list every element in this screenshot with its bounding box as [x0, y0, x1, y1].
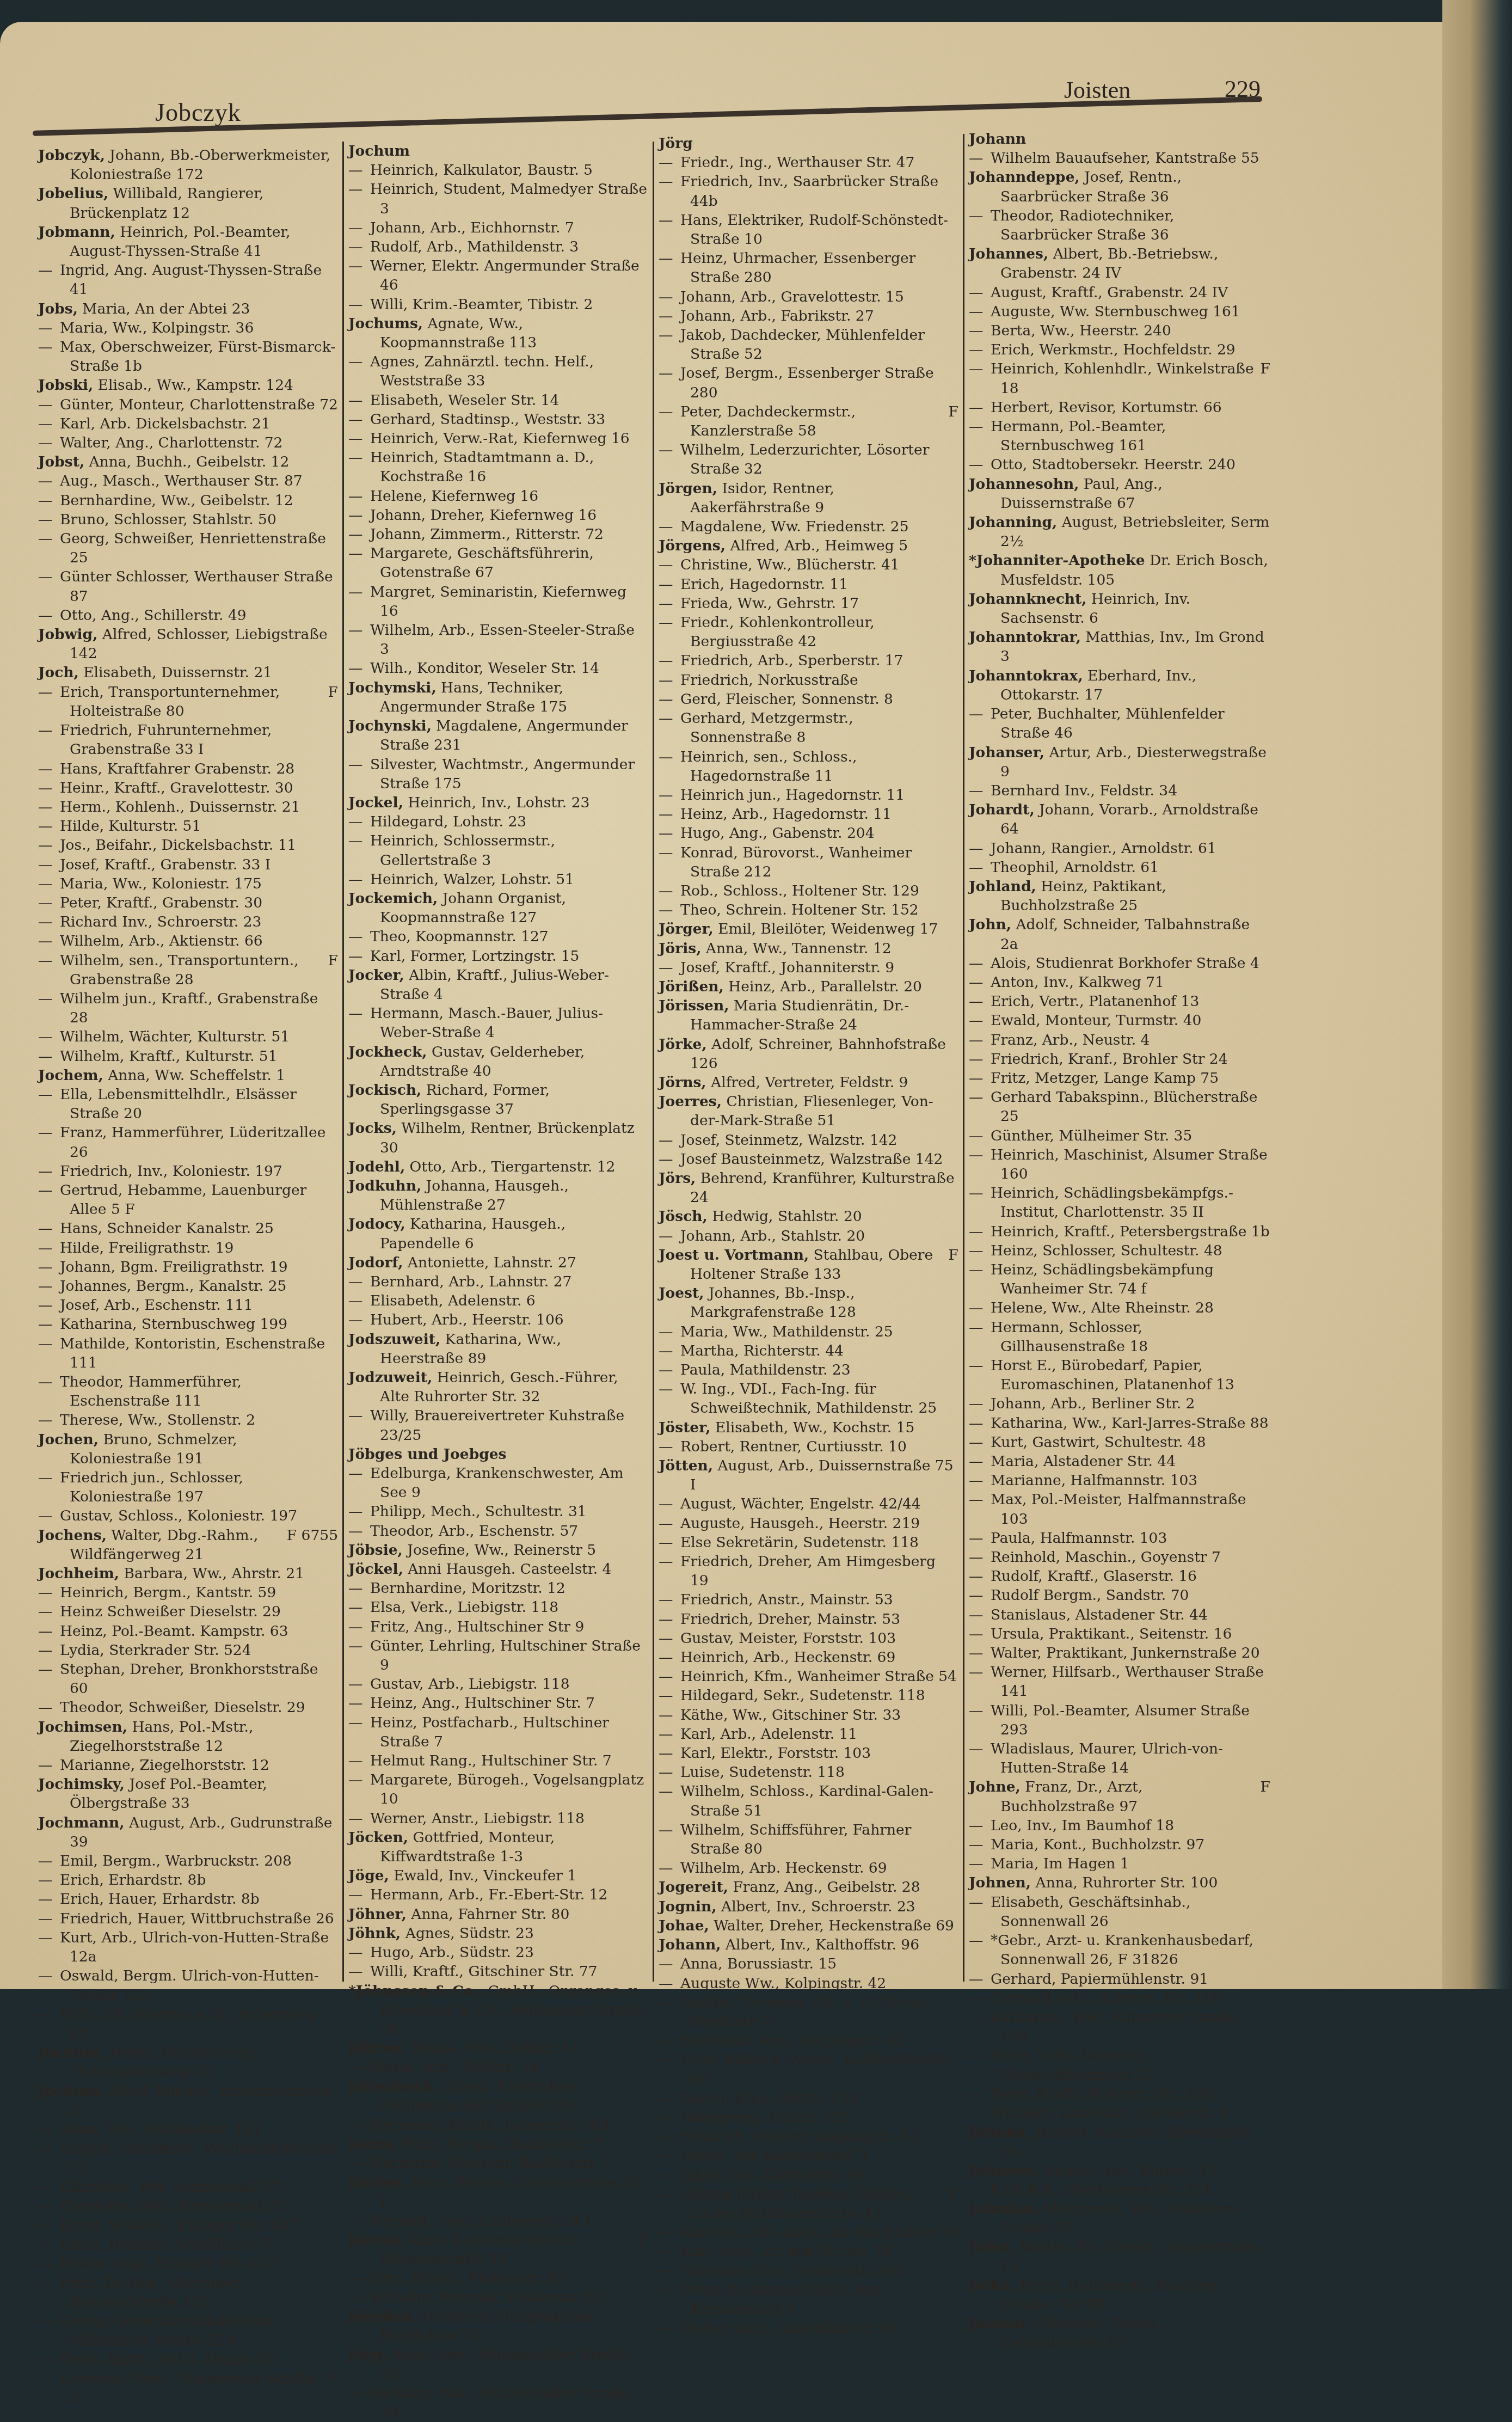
- directory-entry: Jodszuweit, Katharina, Ww., Heerstraße 8…: [348, 1330, 648, 1368]
- directory-entry: —Walter, Ang., Charlottenstr. 72: [38, 433, 338, 452]
- entry-text: Luise, Sudetenstr. 118: [680, 1764, 845, 1781]
- ditto-dash: —: [969, 1260, 991, 1279]
- directory-entry: Jodkuhn, Johanna, Hausgeh., Mühlenstraße…: [348, 1176, 648, 1215]
- ditto-dash: —: [348, 180, 370, 199]
- entry-text: Herbert, Revisor, Kortumstr. 66: [991, 399, 1222, 416]
- ditto-dash: —: [348, 1502, 370, 1521]
- ditto-dash: —: [38, 261, 60, 280]
- directory-entry: —Maria, Ww., Mathildenstr. 25: [659, 1322, 958, 1341]
- entry-text: Barbara, Ww., Ahrstr. 21: [119, 1565, 304, 1582]
- ditto-dash: —: [969, 1816, 991, 1835]
- surname: Jochem,: [38, 1067, 103, 1084]
- entry-text: Katharina, Hausgeh., Papendelle 6: [380, 1216, 566, 1252]
- entry-text: Johann, Arb., Eichhornstr. 7: [370, 219, 574, 236]
- entry-text: Rudolf Bergm., Sandstr. 70: [991, 1587, 1189, 1604]
- ditto-dash: —: [348, 525, 370, 544]
- directory-entry: —Bruno, Schlosser, Stahlstr. 50: [38, 510, 338, 529]
- entry-text: Hermann, Masch.-Bauer, Julius-Weber-Stra…: [370, 1005, 603, 1041]
- ditto-dash: —: [38, 1372, 60, 1391]
- directory-entry: —Friedrich, Norkusstraße: [659, 671, 958, 690]
- directory-entry: —Heinz, Uhrmacher, Essenberger Straße 28…: [659, 249, 958, 287]
- ditto-dash: —: [659, 364, 680, 383]
- entry-text: Therese, Ww., Stollenstr. 2: [60, 1412, 255, 1428]
- entry-text: Elisabeth, Weseler Str. 14: [370, 392, 559, 409]
- directory-entry: —Günther, Mülheimer Str. 35: [969, 1126, 1270, 1145]
- entry-text: Helene, Kiefernweg 16: [370, 488, 538, 505]
- entry-text: Heinz, Schlosser, Schultestr. 48: [991, 1242, 1222, 1259]
- entry-text: Wilhelm, Wächter, Kulturstr. 51: [60, 1028, 290, 1045]
- surname: Jodocy,: [348, 1216, 405, 1233]
- directory-entry: —Wilhelm, Wächter, Kulturstr. 51: [38, 1027, 338, 1046]
- entry-text: Hedwig, Stahlstr. 20: [708, 1208, 862, 1225]
- directory-entry: —Rudolf, Arb., Mathildenstr. 3: [348, 237, 648, 256]
- entry-text: Walter, Praktikant, Junkernstraße 20: [991, 1645, 1260, 1661]
- directory-entry: —Josef, Kraftf., Johanniterstr. 9: [659, 958, 958, 977]
- surname: Joest u. Vortmann,: [659, 1247, 809, 1264]
- entry-text: Anna, Buchh., Geibelstr. 12: [84, 453, 289, 470]
- entry-text: Otto, Stadtobersekr. Heerstr. 240: [991, 456, 1236, 473]
- entry-text: Günter, Monteur, Charlottenstraße 72: [60, 396, 338, 413]
- directory-entry: —Wilhelm, Kraftf., Kulturstr. 51: [38, 1047, 338, 1066]
- directory-entry: *Jöhnssen & Co., GmbH., Organges. v. Klo…: [348, 1982, 648, 1990]
- entry-text: Maria, Im Hagen 1: [991, 1855, 1129, 1872]
- ditto-dash: —: [38, 1123, 60, 1142]
- ditto-dash: —: [348, 1522, 370, 1541]
- surname: Jognin,: [659, 1898, 717, 1915]
- ditto-dash: —: [969, 858, 991, 877]
- surname: Jobst,: [38, 453, 84, 470]
- ditto-dash: —: [969, 1970, 991, 1989]
- ditto-dash: —: [659, 1590, 680, 1609]
- entry-text: Wilhelm, Arb. Heckenstr. 69: [680, 1860, 887, 1877]
- surname: Jörgens,: [659, 537, 726, 554]
- directory-entry: —Friedrich, Dreher, Am Himgesberg 19: [659, 1552, 958, 1590]
- directory-entry: —Bernhardine, Ww., Geibelstr. 12: [38, 491, 338, 510]
- surname: Johannes,: [969, 246, 1048, 262]
- directory-entry: Jörissen, Maria Studienrätin, Dr.-Hammac…: [659, 996, 958, 1034]
- directory-entry: —Ella, Lebensmittelhdlr., Elsässer Straß…: [38, 1085, 338, 1123]
- ditto-dash: —: [969, 1318, 991, 1337]
- ditto-dash: —: [659, 1782, 680, 1801]
- ditto-dash: —: [348, 391, 370, 410]
- entry-text: Heinrich, Verw.-Rat, Kiefernweg 16: [370, 430, 630, 447]
- directory-entry: —Johann, Arb., Gravelottestr. 15: [659, 287, 958, 306]
- surname: Jockisch,: [348, 1082, 421, 1099]
- directory-entry: —Hilde, Freiligrathstr. 19: [38, 1238, 338, 1258]
- ditto-dash: —: [38, 1411, 60, 1430]
- entry-text: Wilhelm, Arb., Aktienstr. 66: [60, 933, 263, 949]
- ditto-dash: —: [969, 1663, 991, 1682]
- directory-entry: F—Erich, Transportunternehmer, Holteistr…: [38, 683, 338, 721]
- directory-entry: —Heinz, Postfacharb., Hultschiner Straße…: [348, 1713, 648, 1751]
- surname: Johann,: [659, 1936, 721, 1953]
- ditto-dash: —: [38, 529, 60, 548]
- entry-text: Ewald, Inv., Vinckeufer 1: [389, 1867, 576, 1884]
- directory-entry: —Martha, Richterstr. 44: [659, 1341, 958, 1360]
- directory-entry: —Hermann, Pol.-Beamter, Sternbuschweg 16…: [969, 417, 1270, 455]
- directory-entry: —Heinrich, Kfm., Wanheimer Straße 54: [659, 1667, 958, 1686]
- surname: Jochheim,: [38, 1565, 119, 1582]
- ditto-dash: —: [38, 778, 60, 798]
- ditto-dash: —: [659, 287, 680, 306]
- directory-entry: —Maria, Ww., Koloniestr. 175: [38, 874, 338, 893]
- ditto-dash: —: [659, 153, 680, 172]
- directory-entry: Jochymski, Hans, Techniker, Angermunder …: [348, 678, 648, 716]
- directory-entry: Jörns, Alfred, Vertreter, Feldstr. 9: [659, 1073, 958, 1092]
- directory-entry: —Karl, Arb. Dickelsbachstr. 21: [38, 414, 338, 433]
- directory-entry: —Franz, Arb., Neustr. 4: [969, 1031, 1270, 1050]
- directory-entry: Jognin, Albert, Inv., Schroerstr. 23: [659, 1897, 958, 1916]
- entry-text: Hilde, Kulturstr. 51: [60, 818, 201, 835]
- entry-text: Bernhardine, Moritzstr. 12: [370, 1580, 566, 1597]
- entry-text: Willy, Brauereivertreter Kuhstraße 23/25: [370, 1407, 624, 1443]
- entry-text: Karl, Former, Lortzingstr. 15: [370, 948, 579, 965]
- directory-entry: —Edelburga, Krankenschwester, Am See 9: [348, 1464, 648, 1502]
- entry-text: Heinz, Schädlingsbekämpfung Wanheimer St…: [991, 1261, 1214, 1297]
- ditto-dash: —: [659, 1648, 680, 1667]
- entry-text: Adolf, Schneider, Talbahnstraße 2a: [1000, 916, 1250, 952]
- directory-entry: —Gerhard, Metzgermstr., Sonnenstraße 8: [659, 709, 958, 747]
- surname: Johanser,: [969, 744, 1044, 761]
- entry-text: Fritz, Ang., Hultschiner Str 9: [370, 1618, 584, 1635]
- entry-text: Elisabeth, Adelenstr. 6: [370, 1292, 536, 1309]
- directory-entry: Jörgen, Isidor, Rentner, Aakerfährstraße…: [659, 479, 958, 517]
- ditto-dash: —: [659, 1514, 680, 1533]
- entry-text: Heinrich, Maschinist, Alsumer Straße 160: [991, 1146, 1268, 1182]
- entry-text: Wilhelm, Schiffsführer, Fahrner Straße 8…: [680, 1822, 911, 1857]
- ditto-dash: —: [659, 517, 680, 536]
- ditto-dash: —: [38, 817, 60, 836]
- ditto-dash: —: [348, 1617, 370, 1636]
- directory-entry: Jocks, Wilhelm, Rentner, Brückenplatz 30: [348, 1119, 648, 1157]
- ditto-dash: —: [659, 575, 680, 594]
- entry-text: Heinz, Pol.-Beamt. Kampstr. 63: [60, 1623, 288, 1640]
- directory-entry: —Jos., Beifahr., Dickelsbachstr. 11: [38, 836, 338, 855]
- entry-text: Maria, Kont., Buchholzstr. 97: [991, 1836, 1204, 1853]
- directory-entry: —Wilhelm, Arb., Essen-Steeler-Straße 3: [348, 621, 648, 659]
- surname: Jobski,: [38, 377, 93, 394]
- entry-text: Hans, Kraftfahrer Grabenstr. 28: [60, 761, 294, 777]
- directory-entry: —Elisabeth, Geschäftsinhab., Sonnenwall …: [969, 1893, 1270, 1931]
- entry-text: Mathilde, Kontoristin, Eschenstraße 111: [60, 1335, 325, 1371]
- entry-text: Bernhard Inv., Feldstr. 34: [991, 782, 1177, 799]
- directory-entry: —Johann, Arb., Berliner Str. 2: [969, 1394, 1270, 1413]
- ditto-dash: —: [38, 721, 60, 740]
- directory-entry: —Heinrich, Kraftf., Petersbergstraße 1b: [969, 1222, 1270, 1241]
- directory-entry: —Friedrich, Inv., Saarbrücker Straße 44b: [659, 172, 958, 210]
- directory-entry: Johanntokrax, Eberhard, Inv., Ottokarstr…: [969, 666, 1270, 704]
- column-2: Jochum—Heinrich, Kalkulator, Baustr. 5—H…: [344, 142, 654, 1982]
- surname: Jockemich,: [348, 890, 438, 907]
- entry-text: Josef, Steinmetz, Walzstr. 142: [680, 1132, 897, 1149]
- surname: Johanntokrar,: [969, 629, 1081, 646]
- directory-entry: Jöris, Anna, Ww., Tannenstr. 12: [659, 939, 958, 958]
- entry-text: Johann, Arb., Berliner Str. 2: [991, 1395, 1195, 1412]
- entry-text: Heinrich, Bergm., Kantstr. 59: [60, 1584, 276, 1601]
- ditto-dash: —: [659, 306, 680, 326]
- entry-text: Theodor, Radiotechniker, Saarbrücker Str…: [991, 207, 1174, 243]
- directory-columns: Jobczyk, Johann, Bb.-Oberwerkmeister, Ko…: [34, 142, 1302, 1982]
- entry-text: Horst E., Bürobedarf, Papier, Euromaschi…: [991, 1357, 1234, 1393]
- entry-text: Werner, Elektr. Angermunder Straße 46: [370, 257, 640, 293]
- ditto-dash: —: [38, 1756, 60, 1775]
- directory-entry: —Theodor, Schweißer, Dieselstr. 29: [38, 1698, 338, 1717]
- entry-text: Robert, Rentner, Curtiusstr. 10: [680, 1438, 907, 1455]
- directory-entry: —Berta, Ww., Heerstr. 240: [969, 321, 1270, 340]
- directory-entry: —Horst E., Bürobedarf, Papier, Euromasch…: [969, 1356, 1270, 1394]
- directory-entry: FJohne, Franz, Dr., Arzt, Buchholzstraße…: [969, 1777, 1270, 1816]
- ditto-dash: —: [348, 218, 370, 237]
- directory-entry: Jockheck, Gustav, Gelderheber, Arndtstra…: [348, 1043, 648, 1081]
- directory-entry: Jösch, Hedwig, Stahlstr. 20: [659, 1207, 958, 1226]
- directory-entry: —Heinrich, Schädlingsbekämpfgs.-Institut…: [969, 1184, 1270, 1222]
- ditto-dash: —: [969, 1145, 991, 1164]
- ditto-dash: —: [38, 1219, 60, 1238]
- directory-entry: Johardt, Johann, Vorarb., Arnoldstraße 6…: [969, 800, 1270, 838]
- ditto-dash: —: [969, 973, 991, 992]
- directory-entry: —Robert, Rentner, Curtiusstr. 10: [659, 1437, 958, 1456]
- directory-entry: —Willy, Brauereivertreter Kuhstraße 23/2…: [348, 1406, 648, 1444]
- ditto-dash: —: [659, 824, 680, 843]
- ditto-dash: —: [969, 954, 991, 973]
- ditto-dash: —: [38, 338, 60, 357]
- entry-text: Heinz, Arb., Hagedornstr. 11: [680, 806, 892, 823]
- directory-entry: Jöhner, Anna, Fahrner Str. 80: [348, 1905, 648, 1924]
- directory-entry: —Bernhard Inv., Feldstr. 34: [969, 781, 1270, 800]
- ditto-dash: —: [38, 798, 60, 817]
- directory-entry: —Kurt, Arb., Ulrich-von-Hutten-Straße 12…: [38, 1928, 338, 1966]
- directory-entry: —Agnes, Zahnärztl. techn. Helf., Weststr…: [348, 352, 648, 390]
- directory-entry: Jörke, Adolf, Schreiner, Bahnhofstraße 1…: [659, 1035, 958, 1073]
- entry-text: Peter, Buchhalter, Mühlenfelder Straße 4…: [991, 706, 1225, 741]
- directory-entry: —Günter, Monteur, Charlottenstraße 72: [38, 395, 338, 414]
- entry-text: Hildegard, Lohstr. 23: [370, 813, 526, 830]
- directory-entry: —Max, Oberschweizer, Fürst-Bismarck-Stra…: [38, 338, 338, 376]
- directory-entry: —Heinz, Schlosser, Schultestr. 48: [969, 1241, 1270, 1260]
- entry-text: Frieda, Ww., Gehrstr. 17: [680, 595, 859, 612]
- ditto-dash: —: [38, 893, 60, 912]
- directory-entry: —Wilhelm, Schloss., Kardinal-Galen-Straß…: [659, 1782, 958, 1820]
- ditto-dash: —: [348, 410, 370, 429]
- phone-flag: F: [328, 951, 338, 970]
- entry-text: Alfred, Schlosser, Liebigstraße 142: [70, 626, 328, 662]
- directory-entry: F—Heinrich, Kohlenhdlr., Winkelstraße 18: [969, 359, 1270, 397]
- directory-entry: —Elsa, Verk., Liebigstr. 118: [348, 1598, 648, 1617]
- phone-flag: F: [1261, 1777, 1270, 1796]
- directory-entry: —Franz, Hammerführer, Lüderitzallee 26: [38, 1123, 338, 1161]
- entry-text: Reinhold, Maschin., Goyenstr 7: [991, 1549, 1221, 1566]
- entry-text: Richard Inv., Schroerstr. 23: [60, 913, 261, 930]
- entry-text: Erich, Vertr., Platanenhof 13: [991, 993, 1199, 1010]
- surname: Johanntokrax,: [969, 667, 1083, 684]
- ditto-dash: —: [969, 1644, 991, 1663]
- ditto-dash: —: [969, 992, 991, 1011]
- ditto-dash: —: [348, 870, 370, 889]
- ditto-dash: —: [969, 1471, 991, 1490]
- directory-entry: —Wladislaus, Maurer, Ulrich-von-Hutten-S…: [969, 1739, 1270, 1777]
- directory-entry: —Theodor, Hammerführer, Eschenstraße 111: [38, 1372, 338, 1411]
- surname: Jöster,: [659, 1419, 711, 1436]
- ditto-dash: —: [38, 395, 60, 414]
- entry-text: Max, Oberschweizer, Fürst-Bismarck-Straß…: [60, 339, 335, 375]
- directory-entry: —Helene, Kiefernweg 16: [348, 487, 648, 506]
- surname: Jöge,: [348, 1867, 389, 1884]
- entry-text: Anna, Fahrner Str. 80: [407, 1906, 569, 1923]
- directory-entry: Jobst, Anna, Buchh., Geibelstr. 12: [38, 452, 338, 471]
- directory-entry: —Heinz Schweißer Dieselstr. 29: [38, 1602, 338, 1621]
- entry-text: Kurt, Arb., Ulrich-von-Hutten-Straße 12a: [60, 1929, 329, 1965]
- directory-entry: —Heinz, Ang., Hultschiner Str. 7: [348, 1694, 648, 1713]
- directory-entry: Jodorf, Antoniette, Lahnstr. 27: [348, 1253, 648, 1272]
- directory-entry: Jöhnk, Agnes, Südstr. 23: [348, 1924, 648, 1943]
- directory-entry: —Fritz, Ang., Hultschiner Str 9: [348, 1617, 648, 1636]
- directory-entry: —Karl, Elektr., Forststr. 103: [659, 1744, 958, 1763]
- surname: Johanndeppe,: [969, 169, 1080, 186]
- surname: Jörger,: [659, 921, 714, 937]
- directory-entry: —Auguste, Ww. Sternbuschweg 161: [969, 302, 1270, 321]
- directory-entry: Jörgens, Alfred, Arb., Heimweg 5: [659, 536, 958, 555]
- surname: Jochymski,: [348, 679, 437, 696]
- entry-text: Christine, Ww., Blücherstr. 41: [680, 556, 900, 573]
- surname: Jochums,: [348, 315, 423, 332]
- surname: *Johanniter-Apotheke: [969, 552, 1145, 569]
- directory-entry: —Gertrud, Hebamme, Lauenburger Allee 5 F: [38, 1181, 338, 1219]
- entry-text: Theo, Koopmannstr. 127: [370, 928, 549, 945]
- entry-text: Josef, Kraftf., Grabenstr. 33 I: [60, 856, 271, 873]
- ditto-dash: —: [348, 1310, 370, 1329]
- directory-entry: —Gerhard, Papiermühlenstr. 91: [969, 1970, 1270, 1989]
- entry-text: Heinrich, Kalkulator, Baustr. 5: [370, 162, 593, 179]
- ditto-dash: —: [38, 471, 60, 490]
- surname: Jocker,: [348, 967, 404, 984]
- entry-text: Silvester, Wachtmstr., Angermunder Straß…: [370, 756, 635, 792]
- directory-entry: Jörißen, Heinz, Arb., Parallelstr. 20: [659, 977, 958, 996]
- surname: Jötten,: [659, 1457, 713, 1474]
- ditto-dash: —: [38, 1660, 60, 1679]
- directory-entry: —Peter, Kraftf., Grabenstr. 30: [38, 893, 338, 912]
- entry-text: Theophil, Arnoldstr. 61: [991, 859, 1159, 876]
- ditto-dash: —: [348, 1004, 370, 1023]
- surname: Jochimsen,: [38, 1719, 127, 1736]
- ditto-dash: —: [969, 1490, 991, 1509]
- entry-text: Anni Hausgeh. Casteelstr. 4: [403, 1561, 612, 1578]
- ditto-dash: —: [969, 321, 991, 340]
- entry-text: Walter, Ang., Charlottenstr. 72: [60, 434, 282, 451]
- ditto-dash: —: [969, 704, 991, 723]
- entry-text: August, Wächter, Engelstr. 42/44: [680, 1495, 921, 1512]
- ditto-dash: —: [659, 1820, 680, 1840]
- directory-entry: —Georg, Schweißer, Henriettenstraße 25: [38, 529, 338, 567]
- directory-entry: —Mathilde, Kontoristin, Eschenstraße 111: [38, 1334, 338, 1372]
- ditto-dash: —: [38, 1851, 60, 1871]
- directory-entry: Jochen, Bruno, Schmelzer, Koloniestraße …: [38, 1430, 338, 1468]
- directory-entry: —Willi, Pol.-Beamter, Alsumer Straße 293: [969, 1701, 1270, 1739]
- entry-text: Günther, Mülheimer Str. 35: [991, 1127, 1192, 1144]
- directory-entry: —Otto, Stadtobersekr. Heerstr. 240: [969, 455, 1270, 474]
- directory-entry: —Werner, Elektr. Angermunder Straße 46: [348, 256, 648, 295]
- directory-entry: —Bernhard, Arb., Lahnstr. 27: [348, 1272, 648, 1291]
- directory-entry: —Kurt, Gastwirt, Schultestr. 48: [969, 1433, 1270, 1452]
- directory-entry: Johannknecht, Heinrich, Inv. Sachsenstr.…: [969, 590, 1270, 628]
- ditto-dash: —: [969, 1835, 991, 1854]
- ditto-dash: —: [348, 161, 370, 180]
- entry-text: Erich, Werkmstr., Hochfeldstr. 29: [991, 341, 1236, 358]
- ditto-dash: —: [659, 1725, 680, 1744]
- directory-entry: —Maria, Alstadener Str. 44: [969, 1452, 1270, 1471]
- entry-text: Theodor, Schweißer, Dieselstr. 29: [60, 1699, 305, 1716]
- directory-entry: —Willi, Krim.-Beamter, Tibistr. 2: [348, 295, 648, 314]
- ditto-dash: —: [348, 256, 370, 275]
- ditto-dash: —: [969, 1050, 991, 1069]
- entry-text: Katharina, Ww., Karl-Jarres-Straße 88: [991, 1415, 1269, 1432]
- ditto-dash: —: [969, 1414, 991, 1433]
- entry-text: Margarete, Bürogeh., Vogelsangplatz 10: [370, 1771, 644, 1807]
- ditto-dash: —: [659, 1150, 680, 1169]
- entry-text: Heinrich, Schädlingsbekämpfgs.-Institut,…: [991, 1185, 1233, 1221]
- surname: Jochmann,: [38, 1814, 125, 1831]
- directory-entry: —Helmut Rang., Hultschiner Str. 7: [348, 1751, 648, 1770]
- directory-entry: —Johann, Rangier., Arnoldstr. 61: [969, 839, 1270, 858]
- directory-entry: —Johannes, Bergm., Kanalstr. 25: [38, 1277, 338, 1296]
- ditto-dash: —: [659, 958, 680, 977]
- directory-entry: Jockemich, Johann Organist, Koopmannstra…: [348, 889, 648, 927]
- directory-entry: —Hugo, Arb., Südstr. 23: [348, 1943, 648, 1962]
- entry-text: Elisabeth, Geschäftsinhab., Sonnenwall 2…: [991, 1894, 1190, 1930]
- ditto-dash: —: [659, 709, 680, 728]
- directory-entry: Johann, Albert, Inv., Kalthoffstr. 96: [659, 1935, 958, 1954]
- ditto-dash: —: [969, 1586, 991, 1605]
- entry-text: Hilde, Freiligrathstr. 19: [60, 1240, 233, 1256]
- ditto-dash: —: [348, 1809, 370, 1828]
- entry-text: Lydia, Sterkrader Str. 524: [60, 1642, 251, 1659]
- directory-entry: —Alois, Studienrat Borkhofer Straße 4: [969, 954, 1270, 973]
- directory-entry: —Gustav, Arb., Liebigstr. 118: [348, 1675, 648, 1694]
- ditto-dash: —: [969, 1011, 991, 1030]
- directory-entry: —Heinrich, Schlossermstr., Gellertstraße…: [348, 831, 648, 869]
- directory-entry: Jörs, Behrend, Kranführer, Kulturstraße …: [659, 1169, 958, 1207]
- directory-entry: —*Gebr., Arzt- u. Krankenhausbedarf, Son…: [969, 1931, 1270, 1969]
- ditto-dash: —: [348, 927, 370, 946]
- directory-entry: Johanndeppe, Josef, Rentn., Saarbrücker …: [969, 168, 1270, 206]
- entry-text: Elisabeth, Duissernstr. 21: [79, 664, 272, 681]
- entry-text: Berta, Ww., Heerstr. 240: [991, 322, 1171, 339]
- ditto-dash: —: [38, 1622, 60, 1641]
- entry-text: Wilhelm, Rentner, Brückenplatz 30: [380, 1120, 635, 1156]
- ditto-dash: —: [659, 1744, 680, 1763]
- directory-entry: —Anna, Borussiastr. 15: [659, 1954, 958, 1973]
- directory-entry: —Magdalene, Ww. Friedenstr. 25: [659, 517, 958, 536]
- directory-entry: Jöster, Elisabeth, Ww., Kochstr. 15: [659, 1418, 958, 1437]
- surname: Jöbges und Joebges: [348, 1446, 506, 1463]
- directory-entry: —Ewald, Monteur, Turmstr. 40: [969, 1011, 1270, 1030]
- surname: Joch,: [38, 664, 79, 681]
- entry-text: Willi, Krim.-Beamter, Tibistr. 2: [370, 296, 593, 313]
- ditto-dash: —: [659, 1706, 680, 1725]
- entry-text: Heinz Schweißer Dieselstr. 29: [60, 1603, 281, 1620]
- surname: Jodorf,: [348, 1254, 403, 1271]
- directory-entry: —Herbert, Revisor, Kortumstr. 66: [969, 398, 1270, 417]
- surname: *Jöhnssen & Co.,: [348, 1983, 483, 1990]
- entry-text: Otto, Arb., Tiergartenstr. 12: [405, 1158, 615, 1175]
- directory-entry: —Erich, Werkmstr., Hochfeldstr. 29: [969, 340, 1270, 359]
- ditto-dash: —: [659, 1974, 680, 1990]
- surname: Johanning,: [969, 514, 1057, 531]
- directory-entry: —Maria, Ww., Kolpingstr. 36: [38, 318, 338, 338]
- directory-entry: Johann: [969, 130, 1270, 149]
- entry-text: Gustav, Meister, Forststr. 103: [680, 1630, 896, 1647]
- entry-text: Ella, Lebensmittelhdlr., Elsässer Straße…: [60, 1086, 297, 1122]
- entry-text: Else Sekretärin, Sudetenstr. 118: [680, 1534, 919, 1551]
